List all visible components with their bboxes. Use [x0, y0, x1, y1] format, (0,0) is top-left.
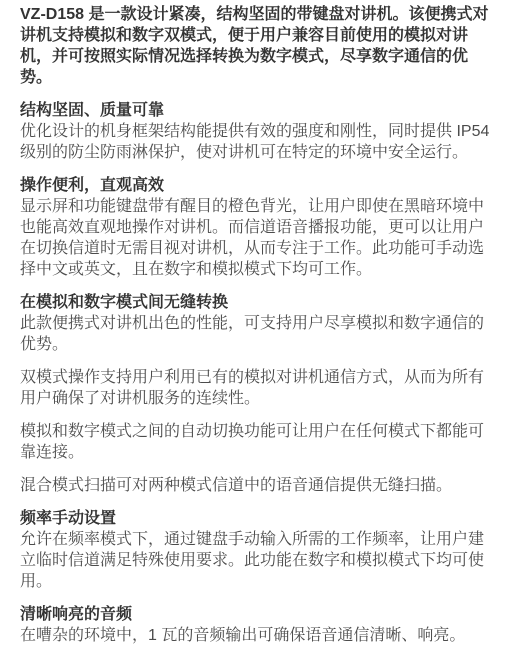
section-seamless-mode-switch: 在模拟和数字模式间无缝转换 此款便携式对讲机出色的性能，可支持用户尽享模拟和数字…: [20, 292, 493, 496]
section-paragraph: 优化设计的机身框架结构能提供有效的强度和刚性，同时提供 IP54 级别的防尘防雨…: [20, 121, 493, 163]
section-paragraph: 允许在频率模式下，通过键盘手动输入所需的工作频率，让用户建立临时信道满足特殊使用…: [20, 529, 493, 592]
section-paragraph: 显示屏和功能键盘带有醒目的橙色背光，让用户即使在黑暗环境中也能高效直观地操作对讲…: [20, 196, 493, 280]
section-heading: 频率手动设置: [20, 508, 493, 529]
section-paragraph: 模拟和数字模式之间的自动切换功能可让用户在任何模式下都能可靠连接。: [20, 421, 493, 463]
section-paragraph: 混合模式扫描可对两种模式信道中的语音通信提供无缝扫描。: [20, 475, 493, 496]
section-clear-audio: 清晰响亮的音频 在嘈杂的环境中，1 瓦的音频输出可确保语音通信清晰、响亮。: [20, 604, 493, 646]
section-heading: 在模拟和数字模式间无缝转换: [20, 292, 493, 313]
product-description-document: VZ-D158 是一款设计紧凑，结构坚固的带键盘对讲机。该便携式对讲机支持模拟和…: [0, 0, 509, 646]
section-heading: 操作便利，直观高效: [20, 175, 493, 196]
section-rugged-structure: 结构坚固、质量可靠 优化设计的机身框架结构能提供有效的强度和刚性，同时提供 IP…: [20, 100, 493, 163]
intro-paragraph: VZ-D158 是一款设计紧凑，结构坚固的带键盘对讲机。该便携式对讲机支持模拟和…: [20, 4, 493, 88]
section-manual-frequency: 频率手动设置 允许在频率模式下，通过键盘手动输入所需的工作频率，让用户建立临时信…: [20, 508, 493, 592]
section-paragraph: 双模式操作支持用户利用已有的模拟对讲机通信方式，从而为所有用户确保了对讲机服务的…: [20, 367, 493, 409]
section-easy-operation: 操作便利，直观高效 显示屏和功能键盘带有醒目的橙色背光，让用户即使在黑暗环境中也…: [20, 175, 493, 280]
section-heading: 结构坚固、质量可靠: [20, 100, 493, 121]
section-heading: 清晰响亮的音频: [20, 604, 493, 625]
section-paragraph: 此款便携式对讲机出色的性能，可支持用户尽享模拟和数字通信的优势。: [20, 313, 493, 355]
section-paragraph: 在嘈杂的环境中，1 瓦的音频输出可确保语音通信清晰、响亮。: [20, 625, 493, 646]
